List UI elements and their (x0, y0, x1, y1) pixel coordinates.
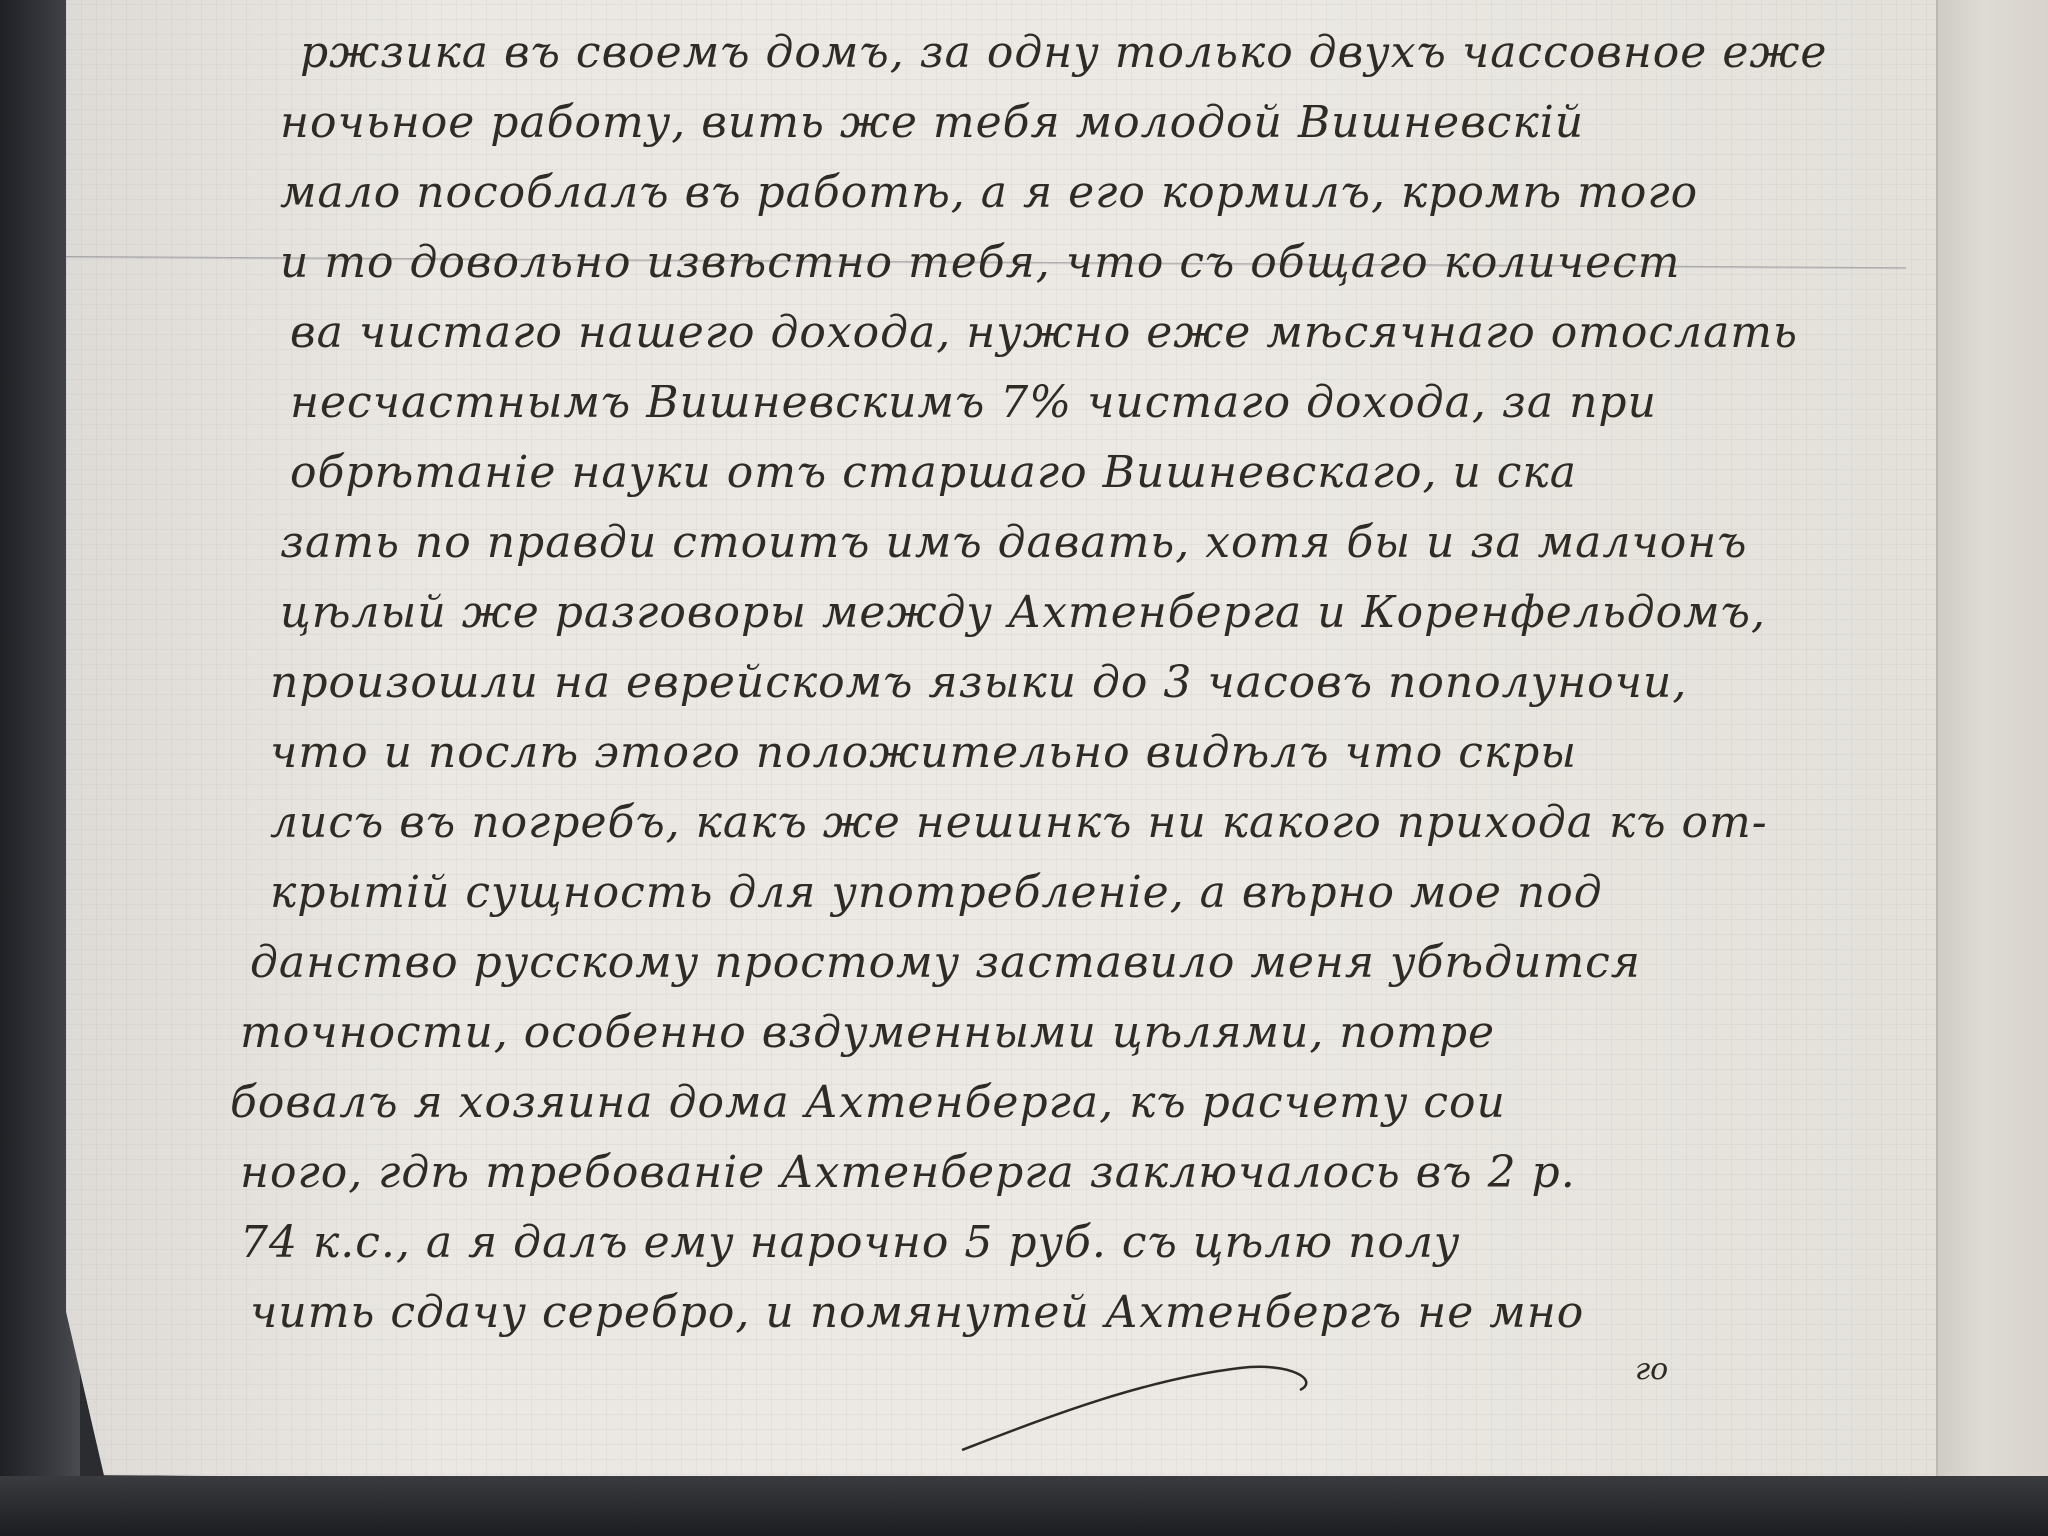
word-continuation: го (1635, 1352, 1668, 1387)
text-line: данство русскому простому заставило меня… (230, 928, 1930, 998)
text-line: точности, особенно вздуменными цѣлями, п… (230, 998, 1930, 1068)
text-line: мало пособлалъ въ работѣ, а я его кормил… (230, 158, 1930, 228)
text-line: ного, гдѣ требованіе Ахтенберга заключал… (230, 1138, 1930, 1208)
text-line: чить сдачу серебро, и помянутей Ахтенбер… (230, 1278, 1930, 1348)
text-line: что и послѣ этого положительно видѣлъ чт… (230, 718, 1930, 788)
text-line: 74 к.с., а я далъ ему нарочно 5 руб. съ … (230, 1208, 1930, 1278)
text-line: несчастнымъ Вишневскимъ 7% чистаго доход… (230, 368, 1930, 438)
text-line: цѣлый же разговоры между Ахтенберга и Ко… (230, 578, 1930, 648)
paper-edge-right (1936, 0, 2048, 1490)
text-line: зать по правди стоитъ имъ давать, хотя б… (230, 508, 1930, 578)
text-line: и то довольно извѣстно тебя, что съ обща… (230, 228, 1930, 298)
text-line: крытій сущность для употребленіе, а вѣрн… (230, 858, 1930, 928)
dark-background-bottom (0, 1476, 2048, 1536)
text-line: бовалъ я хозяина дома Ахтенберга, къ рас… (230, 1068, 1930, 1138)
text-line: лисъ въ погребъ, какъ же нешинкъ ни како… (230, 788, 1930, 858)
handwritten-text-body: ржзика въ своемъ домъ, за одну только дв… (230, 18, 1930, 1348)
text-line: ва чистаго нашего дохода, нужно еже мѣся… (230, 298, 1930, 368)
text-line: ночьное работу, вить же тебя молодой Виш… (230, 88, 1930, 158)
pen-flourish-icon (960, 1360, 1340, 1460)
text-line: обрѣтаніе науки отъ старшаго Вишневскаго… (230, 438, 1930, 508)
text-line: произошли на еврейскомъ языки до 3 часов… (230, 648, 1930, 718)
text-line: ржзика въ своемъ домъ, за одну только дв… (230, 18, 1930, 88)
